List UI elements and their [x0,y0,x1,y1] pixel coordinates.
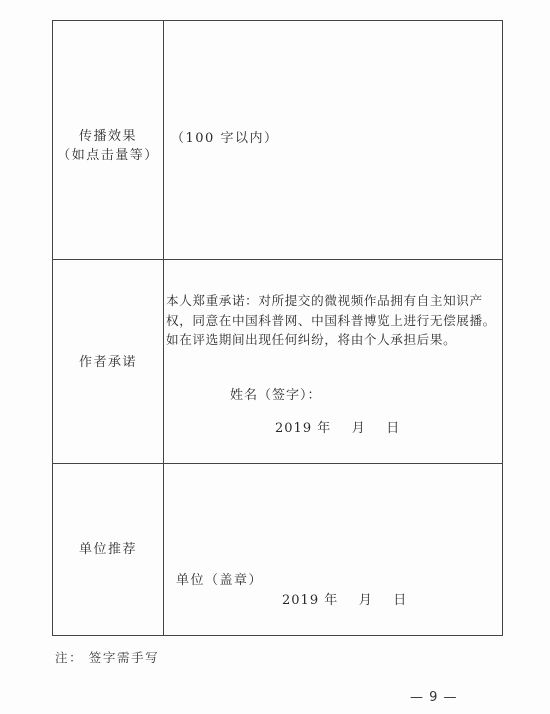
footnote: 注： 签字需手写 [55,648,159,666]
document-page: 传播效果 （如点击量等） （100 字以内） 作者承诺 本人郑重承诺：对所提交的… [0,0,550,714]
content-cell-unit-recommendation[interactable]: 单位（盖章） 2019 年 月 日 [164,464,502,635]
label-unit-recommendation: 单位推荐 [79,540,137,559]
seal-field-label: 单位（盖章） [176,569,263,588]
pledge-text: 本人郑重承诺：对所提交的微视频作品拥有自主知识产 权，同意在中国科普网、中国科普… [166,291,502,350]
label-dissemination-effect: 传播效果 [57,127,159,146]
label-author-pledge: 作者承诺 [79,353,137,372]
label-group: 传播效果 （如点击量等） [57,127,159,165]
pledge-line: 本人郑重承诺：对所提交的微视频作品拥有自主知识产 [166,291,502,311]
signature-field-label[interactable]: 姓名（签字）： [230,384,322,403]
content-cell-author-pledge: 本人郑重承诺：对所提交的微视频作品拥有自主知识产 权，同意在中国科普网、中国科普… [164,260,502,463]
pledge-line: 如在评选期间出现任何纠纷，将由个人承担后果。 [166,330,502,350]
table-row-author-pledge: 作者承诺 本人郑重承诺：对所提交的微视频作品拥有自主知识产 权，同意在中国科普网… [53,260,502,464]
table-row-dissemination-effect: 传播效果 （如点击量等） （100 字以内） [53,21,502,260]
unit-date: 2019 年 月 日 [282,589,407,608]
content-cell-dissemination-effect[interactable]: （100 字以内） [164,21,502,259]
author-date: 2019 年 月 日 [275,417,400,436]
page-number: — 9 — [410,690,458,705]
label-cell-unit-recommendation: 单位推荐 [53,464,164,635]
table-row-unit-recommendation: 单位推荐 单位（盖章） 2019 年 月 日 [53,464,502,635]
pledge-line: 权，同意在中国科普网、中国科普博览上进行无偿展播。 [166,311,502,331]
label-dissemination-hint: （如点击量等） [57,146,159,165]
word-limit-note: （100 字以内） [171,127,278,146]
label-cell-author-pledge: 作者承诺 [53,260,164,463]
label-cell-dissemination-effect: 传播效果 （如点击量等） [53,21,164,259]
form-table: 传播效果 （如点击量等） （100 字以内） 作者承诺 本人郑重承诺：对所提交的… [52,20,503,636]
